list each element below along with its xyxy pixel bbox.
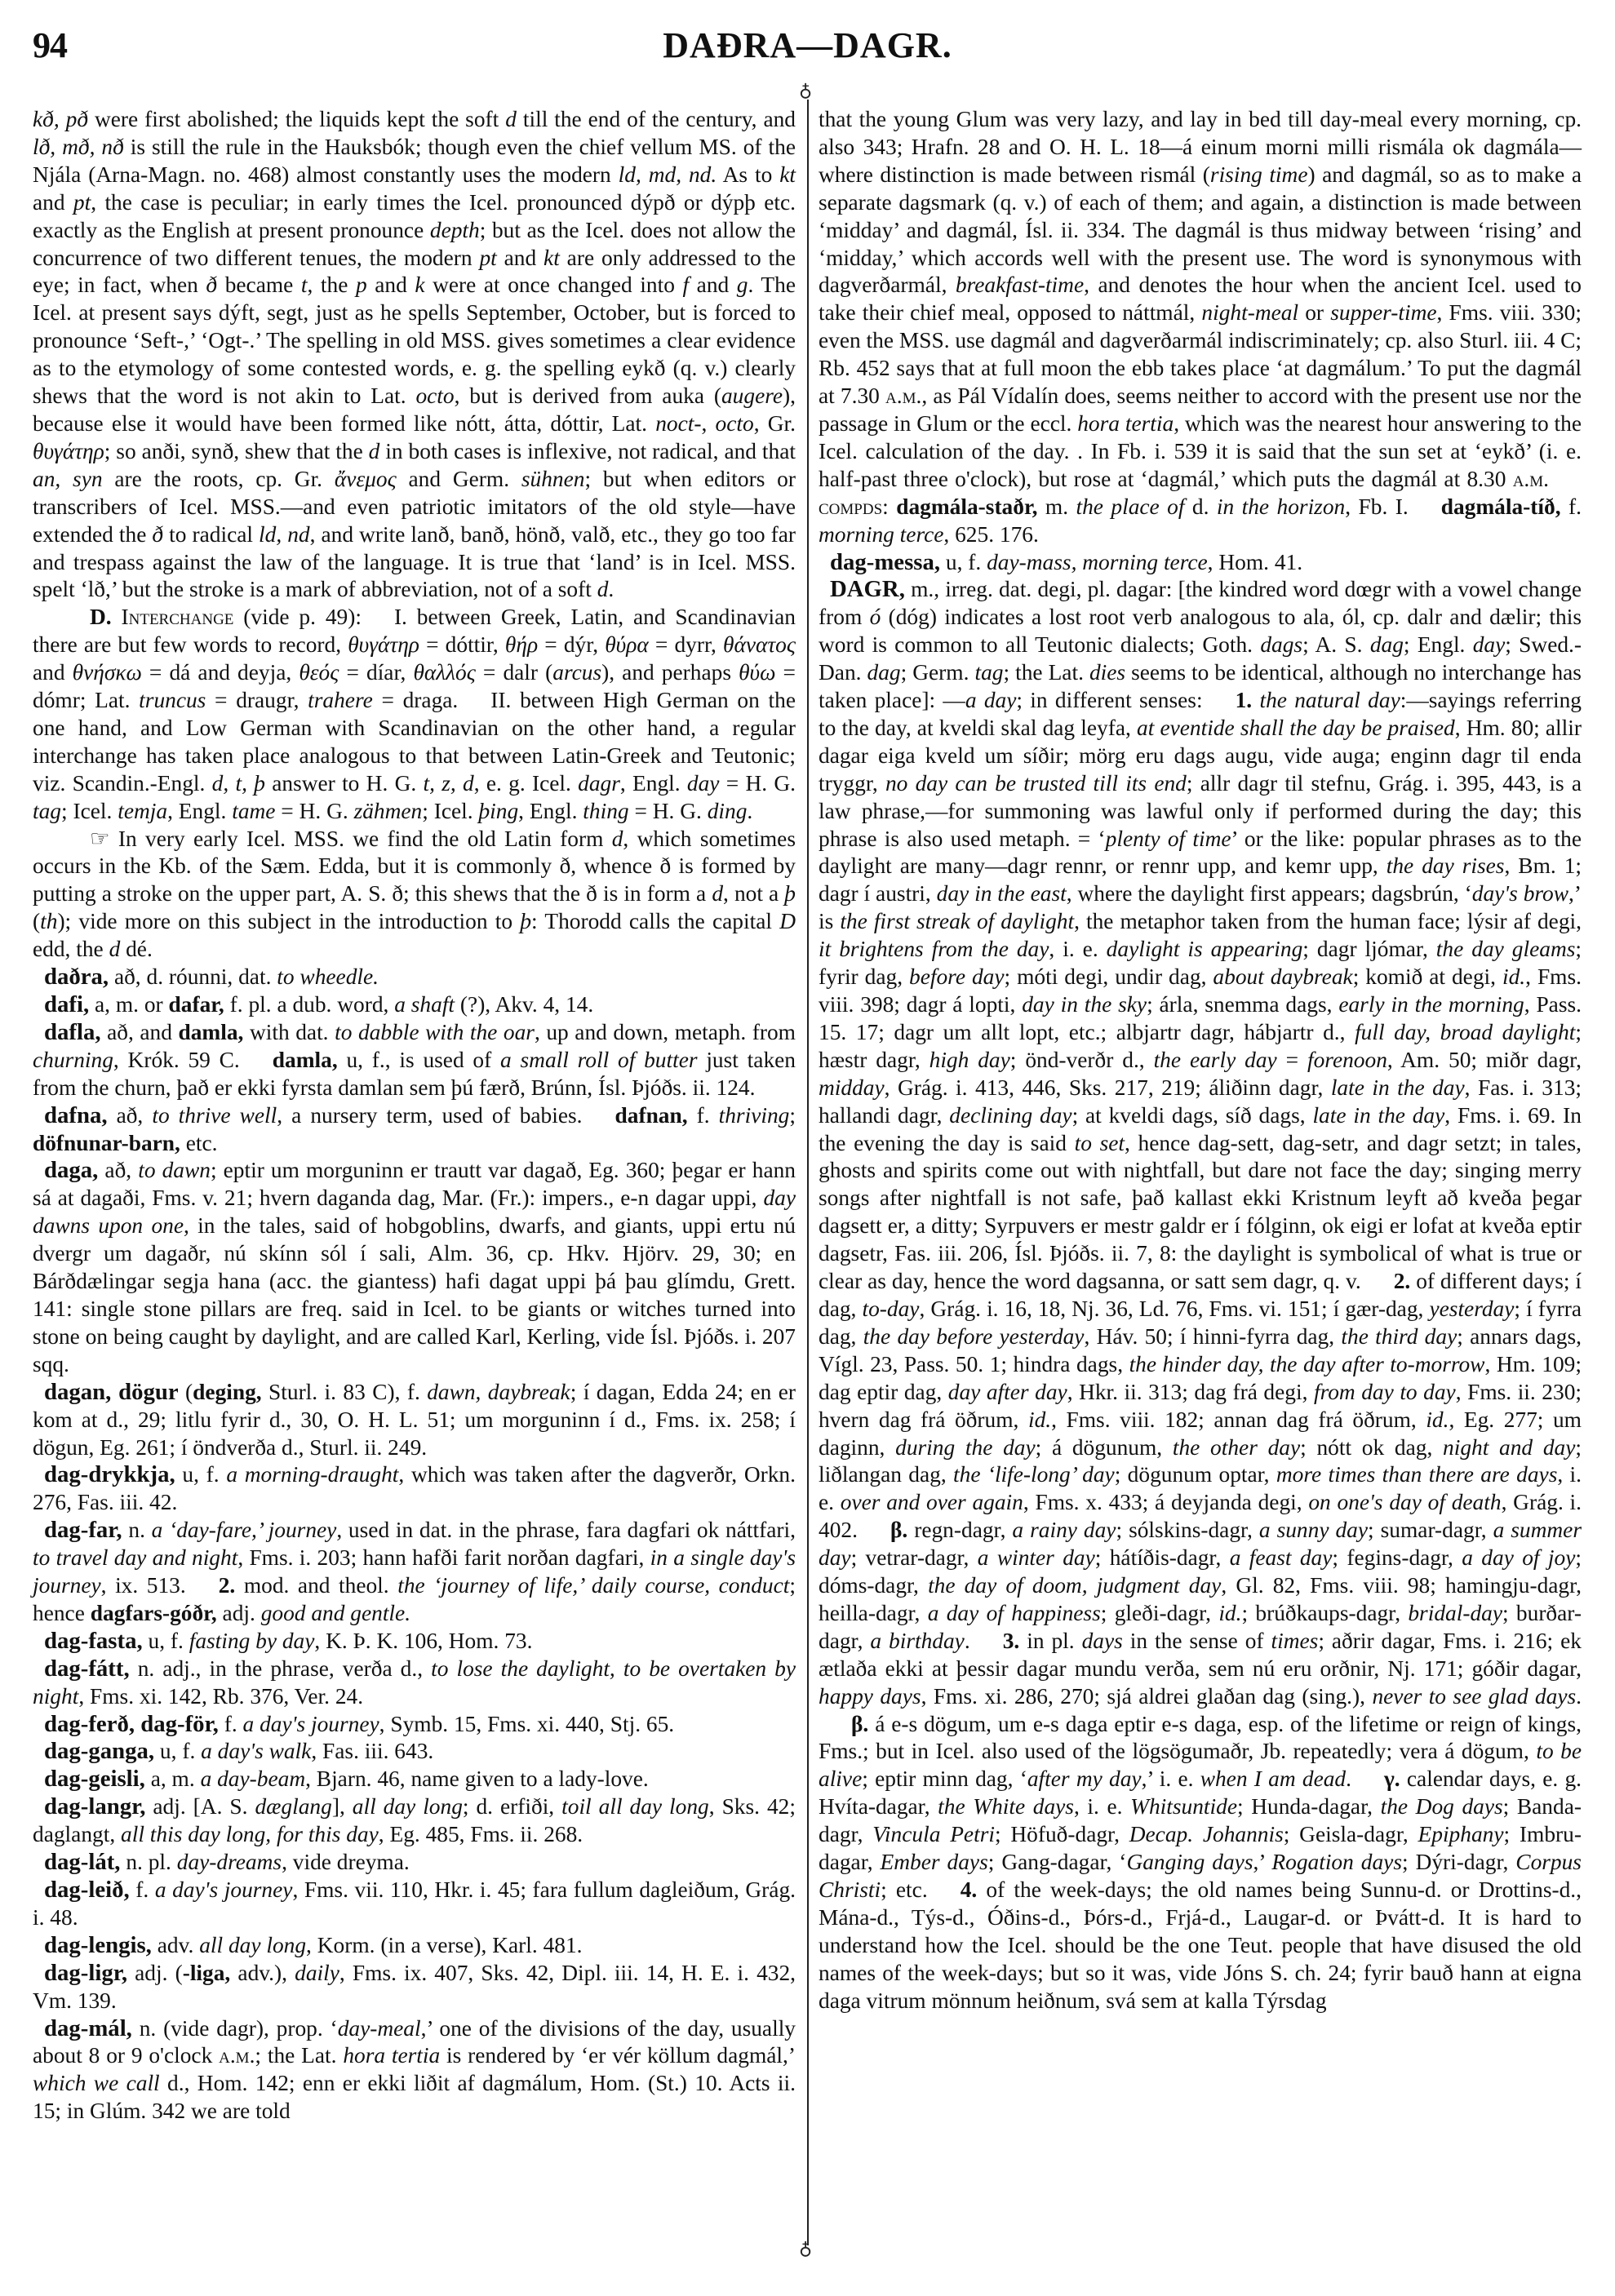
text-run: a.m. — [885, 383, 921, 408]
text-run: θύρα — [605, 632, 649, 657]
text-run: ; nótt ok dag, — [1300, 1435, 1443, 1460]
text-run: yesterday — [1429, 1296, 1514, 1321]
text-run: the Dog days — [1381, 1794, 1503, 1819]
text-run: = dá and deyja, — [142, 660, 299, 685]
text-run: day — [1473, 632, 1506, 657]
dictionary-entry: dafna, að, to thrive well, a nursery ter… — [33, 1102, 796, 1158]
dictionary-entry: dag-ganga, u, f. a day's walk, Fas. iii.… — [33, 1738, 796, 1766]
text-run: all day long — [353, 1794, 463, 1819]
text-run: noct- — [655, 411, 701, 436]
left-column: kð, pð were first abolished; the liquids… — [33, 106, 796, 2125]
text-run: θυγάτηρ — [348, 632, 419, 657]
text-run: ; the Lat. — [1003, 660, 1089, 685]
text-run: 2. — [1394, 1269, 1411, 1293]
text-run: no day can be trusted till its end — [885, 771, 1187, 796]
text-run: kt — [779, 162, 796, 187]
text-run: f — [682, 273, 689, 297]
text-run: ; Höfuð-dagr, — [995, 1822, 1129, 1846]
text-run: 2. — [219, 1573, 236, 1598]
text-run: (vide p. 49): — [233, 605, 362, 629]
text-run: a rainy day — [1012, 1518, 1116, 1542]
text-run: the third day — [1341, 1324, 1457, 1349]
text-run: d — [597, 577, 609, 601]
dictionary-entry: dag-lát, n. pl. day-dreams, vide dreyma. — [33, 1849, 796, 1877]
text-run: Interchange — [122, 605, 234, 629]
text-run: bridal-day — [1408, 1601, 1502, 1625]
text-run: . — [747, 799, 752, 823]
text-run: the other day — [1173, 1435, 1300, 1460]
text-run: , Fas. iii. 643. — [311, 1739, 433, 1763]
dictionary-entry: dag-ligr, adj. (-liga, adv.), daily, Fms… — [33, 1960, 796, 2015]
text-run: d — [369, 439, 380, 463]
text-run: Epiphany — [1418, 1822, 1504, 1846]
text-run: a sunny day — [1259, 1518, 1368, 1542]
text-run: ; in different senses: — [1016, 688, 1202, 712]
headword: dag-lát, — [44, 1849, 121, 1875]
text-run: f. — [1561, 494, 1582, 519]
text-run: a winter day — [978, 1545, 1095, 1570]
text-run: the ‘life-long’ day — [953, 1462, 1115, 1487]
text-run: and — [33, 660, 73, 685]
text-run: daily — [295, 1961, 339, 1985]
running-head: DAÐRA—DAGR. — [0, 24, 1615, 66]
text-run: hora tertia — [343, 2043, 440, 2068]
text-run: the day gleams — [1436, 937, 1576, 961]
text-run: mod. and theol. — [235, 1573, 397, 1598]
headword: dag-leið, — [44, 1877, 130, 1903]
text-run: As to — [717, 162, 779, 187]
text-run: edd, the — [33, 937, 109, 961]
text-run: ð — [206, 273, 217, 297]
text-run: D — [779, 909, 796, 933]
text-run: ), and perhaps — [601, 660, 739, 685]
text-run: , i. e. — [1049, 937, 1106, 961]
text-run: augere — [721, 383, 783, 408]
text-run: , Hkr. ii. 313; dag frá degi, — [1067, 1380, 1314, 1404]
text-run: it brightens from the day — [819, 937, 1049, 961]
text-run: k — [415, 273, 424, 297]
text-run: , Fms. viii. 182; annan dag frá öðrum, — [1051, 1407, 1426, 1432]
text-run: a, m. — [145, 1766, 201, 1791]
text-run: ; dagr ljómar, — [1302, 937, 1436, 961]
text-run: . — [1576, 1684, 1582, 1709]
text-run: ; dögunum optar, — [1115, 1462, 1276, 1487]
text-run: a, m. or — [89, 992, 168, 1017]
text-run: ,’ i. e. — [1142, 1766, 1200, 1791]
headword: dag-mál, — [44, 2015, 132, 2041]
text-run: ; Germ. — [901, 660, 975, 685]
text-run: ; A. S. — [1302, 632, 1370, 657]
text-run: ld, md, nd. — [619, 162, 717, 187]
text-run: which we call — [33, 2071, 160, 2095]
text-run: dags — [1260, 632, 1302, 657]
text-run: f. — [219, 1712, 243, 1736]
text-run: to wheedle. — [277, 964, 379, 989]
text-run: toil all day long — [561, 1794, 709, 1819]
text-run: u, f. — [175, 1462, 227, 1487]
text-run: to radical — [163, 522, 259, 547]
headword: dafna, — [44, 1102, 108, 1128]
text-run: ☞ In very early Icel. MSS. we find the o… — [90, 827, 612, 851]
headword: dag-ganga, — [44, 1738, 154, 1764]
text-run: dagfars-góðr, — [91, 1601, 217, 1625]
text-run: an, syn — [33, 467, 103, 491]
text-run: on one's day of death — [1308, 1490, 1501, 1514]
text-run: , Fms. xi. 142, Rb. 376, Ver. 24. — [78, 1684, 363, 1709]
text-run: the early day — [1154, 1048, 1277, 1072]
text-run: dafnan, — [615, 1103, 688, 1128]
text-run: day-dreams — [177, 1850, 282, 1874]
text-run: zähmen — [354, 799, 423, 823]
text-run: and — [367, 273, 415, 297]
text-run: day-mass, morning terce — [987, 550, 1208, 574]
text-run: -liga, — [183, 1961, 231, 1985]
text-run: γ. — [1384, 1766, 1400, 1791]
text-run: þ — [520, 909, 531, 933]
text-run: dag — [867, 660, 901, 685]
text-run: to travel day and night — [33, 1545, 237, 1570]
text-run: day after day — [948, 1380, 1067, 1404]
text-run: day in the sky — [1022, 992, 1147, 1017]
text-run: kð, pð — [33, 107, 88, 131]
text-run: daylight is appearing — [1107, 937, 1303, 961]
text-run: , K. Þ. K. 106, Hom. 73. — [314, 1629, 532, 1653]
text-run: ; árla, snemma dags, — [1147, 992, 1338, 1017]
dictionary-entry: daðra, að, d. róunni, dat. to wheedle. — [33, 964, 796, 991]
text-run: . — [608, 577, 614, 601]
text-run: a small roll of butter — [500, 1048, 697, 1072]
text-run: is rendered by ‘er vér köllum dagmál,’ — [440, 2043, 796, 2068]
text-run: the natural day — [1259, 688, 1400, 712]
text-run: dæglang — [255, 1794, 331, 1819]
text-run: a day's journey — [155, 1877, 293, 1902]
text-run: a day of happiness — [928, 1601, 1101, 1625]
text-run: the White days — [938, 1794, 1074, 1819]
text-run: ἄνεμος — [335, 467, 397, 491]
text-run: when I am dead — [1200, 1766, 1346, 1791]
text-run: ; önd-verðr d., — [1010, 1048, 1154, 1072]
text-run: , where the daylight first appears; dags… — [1067, 881, 1472, 906]
text-run: from day to day — [1314, 1380, 1456, 1404]
text-run: to thrive well — [152, 1103, 277, 1128]
text-run: Ganging days — [1126, 1850, 1253, 1874]
text-run: ( — [33, 909, 40, 933]
text-run: of the week-days; the old names being Su… — [819, 1877, 1582, 2013]
text-run: ; Engl. — [1404, 632, 1473, 657]
text-run: ; so anði, synð, shew that the — [104, 439, 369, 463]
text-run: midday — [819, 1075, 885, 1100]
text-run: 3. — [1003, 1629, 1020, 1653]
text-run: θαλλός — [413, 660, 475, 685]
text-run: , a nursery term, used of babies. — [277, 1103, 582, 1128]
text-run: að, — [108, 1103, 153, 1128]
text-run: = H. G. — [275, 799, 353, 823]
text-run: a day — [965, 688, 1017, 712]
text-run: and Germ. — [397, 467, 521, 491]
text-run: tag — [33, 799, 61, 823]
text-run: were at once changed into — [425, 273, 683, 297]
text-run: , Krók. 59 C. — [113, 1048, 240, 1072]
text-run: ; brúðkaups-dagr, — [1241, 1601, 1408, 1625]
text-run: , Bjarn. 46, name given to a lady-love. — [305, 1766, 649, 1791]
text-run: night and day — [1443, 1435, 1575, 1460]
text-run: etc. — [180, 1131, 218, 1155]
text-run: day in the east — [937, 881, 1067, 906]
text-run: never to see glad days — [1372, 1684, 1576, 1709]
text-run: á e-s dögum, um e-s daga eptir e-s daga,… — [819, 1712, 1582, 1764]
text-run: n. (vide dagr), prop. ‘ — [132, 2016, 338, 2041]
text-run: m. — [1037, 494, 1076, 519]
text-run: day's brow — [1472, 881, 1568, 906]
text-run: octo — [415, 383, 454, 408]
text-run: damla, — [178, 1020, 243, 1044]
text-run: adv. — [152, 1933, 199, 1957]
text-run: θύω — [739, 660, 775, 685]
text-run: plenty of time — [1106, 827, 1231, 851]
text-run: adj. ( — [127, 1961, 183, 1985]
dictionary-entry: dafla, að, and damla, with dat. to dabbl… — [33, 1019, 796, 1102]
text-run: , Gr. — [754, 411, 796, 436]
text-run: = H. G. — [629, 799, 708, 823]
column-divider — [807, 100, 809, 2245]
text-run: adv.), — [230, 1961, 295, 1985]
text-run: , 625. 176. — [943, 522, 1038, 547]
text-run: a.m. — [1513, 467, 1549, 491]
text-run: döfnunar-barn, — [33, 1131, 180, 1155]
text-run: : — [882, 494, 896, 519]
text-run: regn-dagr, — [907, 1518, 1012, 1542]
text-run: , up and down, metaph. from — [535, 1020, 796, 1044]
text-run: Decap. Johannis — [1129, 1822, 1284, 1846]
text-run: 4. — [961, 1877, 978, 1902]
text-run: the ‘journey of life,’ daily course, con… — [397, 1573, 789, 1598]
text-run: after my day — [1027, 1766, 1142, 1791]
text-run: að, and — [101, 1020, 179, 1044]
text-run: u, f. — [154, 1739, 201, 1763]
text-run: all day long — [199, 1933, 306, 1957]
headword: dag-drykkja, — [44, 1461, 175, 1487]
text-run: = — [1277, 1048, 1307, 1072]
text-run: ld, nd — [259, 522, 310, 547]
text-run: pt — [73, 190, 91, 215]
text-run: , Eg. 485, Fms. ii. 268. — [379, 1822, 583, 1846]
text-run: deging, — [193, 1380, 261, 1404]
text-run: became — [217, 273, 301, 297]
paragraph: D. Interchange (vide p. 49):I. between G… — [33, 604, 796, 825]
text-run: a day of joy — [1462, 1545, 1575, 1570]
text-run: rising time — [1210, 162, 1308, 187]
text-run: morning terce — [819, 522, 943, 547]
text-run: 1. — [1236, 688, 1253, 712]
text-run: ; á dögunum, — [1036, 1435, 1173, 1460]
text-run: , used in dat. in the phrase, fara dagfa… — [336, 1518, 796, 1542]
text-run: θήρ — [505, 632, 538, 657]
text-run: , not a — [723, 881, 784, 906]
text-run: arcus — [552, 660, 601, 685]
headword: dafi, — [44, 991, 89, 1017]
text-run: , Engl. — [620, 771, 687, 796]
text-run: happy days — [819, 1684, 921, 1709]
text-run: a day's walk — [201, 1739, 311, 1763]
text-run: , ix. 513. — [101, 1573, 186, 1598]
text-run: late in the day — [1331, 1075, 1465, 1100]
text-run: d — [505, 107, 517, 131]
text-run: depth — [430, 218, 480, 242]
headword: dag-geisli, — [44, 1766, 145, 1792]
headword: dag-langr, — [44, 1793, 145, 1820]
text-run: tame — [232, 799, 275, 823]
text-run: g — [737, 273, 748, 297]
text-run: ; Geisla-dagr, — [1284, 1822, 1418, 1846]
text-run: churning — [33, 1048, 113, 1072]
text-run: id. — [1028, 1407, 1051, 1432]
text-run: d. — [1184, 494, 1216, 519]
text-run: ; hátíðis-dagr, — [1095, 1545, 1230, 1570]
text-run: , Fms. x. 433; á deyjanda degi, — [1023, 1490, 1308, 1514]
text-run: = díar, — [339, 660, 413, 685]
text-run: to-day — [862, 1296, 919, 1321]
text-run: thing — [583, 799, 628, 823]
text-run: during the day — [895, 1435, 1036, 1460]
text-run: declining day — [949, 1103, 1071, 1128]
text-run: a day's journey — [243, 1712, 379, 1736]
text-run: . — [1346, 1766, 1351, 1791]
text-run: in pl. — [1019, 1629, 1081, 1653]
text-run: and — [33, 190, 73, 215]
text-run: , Grág. i. 16, 18, Nj. 36, Ld. 76, Fms. … — [919, 1296, 1429, 1321]
text-run: a ‘day-fare,’ journey — [152, 1518, 337, 1542]
text-run: n. pl. — [121, 1850, 177, 1874]
text-run: ); vide more on this subject in the intr… — [57, 909, 520, 933]
text-run: , i. e. — [1074, 1794, 1130, 1819]
text-run: ; etc. — [881, 1877, 928, 1902]
text-run: ; Icel. — [61, 799, 118, 823]
text-run: dagr — [578, 771, 620, 796]
text-run: t — [301, 273, 308, 297]
text-run: full day, broad daylight — [1355, 1020, 1575, 1044]
text-run: tag — [974, 660, 1003, 685]
text-run: the hinder day, the day after to-morrow — [1129, 1352, 1485, 1376]
dictionary-entry: dag-fátt, n. adj., in the phrase, verða … — [33, 1656, 796, 1711]
text-run: Vincula Petri — [872, 1822, 995, 1846]
dictionary-entry: DAGR, m., irreg. dat. degi, pl. dagar: [… — [819, 576, 1582, 2015]
headword: DAGR, — [830, 576, 905, 602]
text-run: f. — [130, 1877, 155, 1902]
dictionary-entry: dafi, a, m. or dafar, f. pl. a dub. word… — [33, 991, 796, 1019]
text-run: ; gleði-dagr, — [1101, 1601, 1219, 1625]
text-run: , — [701, 411, 715, 436]
headword: daðra, — [44, 964, 109, 990]
text-run: a.m. — [219, 2043, 255, 2068]
text-run: , vide dreyma. — [282, 1850, 410, 1874]
headword: dag-messa, — [830, 549, 940, 575]
text-run: id. — [1426, 1407, 1449, 1432]
text-run: að, — [98, 1158, 138, 1182]
column-rule-ornament-top-icon: ♁ — [799, 82, 812, 100]
text-run: in the sense of — [1123, 1629, 1271, 1653]
headword: daga, — [44, 1157, 98, 1183]
text-run: or — [1298, 300, 1330, 325]
text-run: day-meal — [338, 2016, 421, 2041]
text-run: till the end of the century, and — [517, 107, 796, 131]
text-run: ; at kveldi dags, síð dags, — [1072, 1103, 1313, 1128]
text-run: to dabble with the oar — [335, 1020, 535, 1044]
text-run: more times than there are days — [1276, 1462, 1557, 1487]
text-run: sühnen — [521, 467, 585, 491]
text-run: , Symb. 15, Fms. xi. 440, Stj. 65. — [379, 1712, 674, 1736]
text-run: = draugr, — [206, 688, 308, 712]
dictionary-entry: dag-langr, adj. [A. S. dæglang], all day… — [33, 1793, 796, 1849]
text-run: t, z, d — [423, 771, 473, 796]
text-run: , Fms. i. 203; hann hafði farit norðan d… — [237, 1545, 650, 1570]
text-run: θάνατος — [723, 632, 796, 657]
text-run: ; — [789, 1103, 796, 1128]
text-run: dag — [1370, 632, 1404, 657]
text-run: adj. [A. S. — [145, 1794, 255, 1819]
text-run: Rogation days — [1271, 1850, 1402, 1874]
text-run: ; Icel. — [422, 799, 478, 823]
headword: dag-fátt, — [44, 1656, 130, 1682]
text-run: id. — [1218, 1601, 1241, 1625]
dictionary-entry: dag-fasta, u, f. fasting by day, K. Þ. K… — [33, 1628, 796, 1656]
text-run: are the roots, cp. Gr. — [103, 467, 335, 491]
text-run: : Thorodd calls the capital — [531, 909, 779, 933]
text-run: . — [965, 1629, 970, 1653]
text-run: a morning-draught — [226, 1462, 398, 1487]
dictionary-entry: dag-drykkja, u, f. a morning-draught, wh… — [33, 1461, 796, 1517]
text-run: ; Hunda-dagar, — [1237, 1794, 1381, 1819]
text-run: in both cases is inflexive, not radical,… — [379, 439, 796, 463]
headword: dag-ferð, dag-för, — [44, 1711, 219, 1737]
text-run: ; sólskins-dagr, — [1116, 1518, 1258, 1542]
text-run: n. — [122, 1518, 152, 1542]
text-run: , the metaphor taken from the human face… — [1074, 909, 1582, 933]
text-run: dies — [1089, 660, 1125, 685]
text-run: β. — [851, 1712, 868, 1736]
text-run: about daybreak — [1213, 964, 1352, 989]
text-run: forenoon — [1307, 1048, 1387, 1072]
text-run: Whitsuntide — [1130, 1794, 1237, 1819]
text-run: þ — [784, 881, 796, 906]
text-run: times — [1271, 1629, 1318, 1653]
text-run: , Fms. xi. 286, 270; sjá aldrei glaðan d… — [921, 1684, 1373, 1709]
text-run: in the horizon — [1217, 494, 1345, 519]
text-run: fasting by day — [189, 1629, 315, 1653]
text-run: ; the Lat. — [255, 2043, 343, 2068]
text-run: d — [109, 937, 121, 961]
dictionary-entry: dag-far, n. a ‘day-fare,’ journey, used … — [33, 1517, 796, 1628]
text-run: days — [1082, 1629, 1123, 1653]
text-run: ; móti degi, undir dag, — [1005, 964, 1213, 989]
text-run: thriving — [719, 1103, 790, 1128]
text-run: before day — [909, 964, 1004, 989]
text-run: d, t, þ — [212, 771, 265, 796]
text-run: adj. — [217, 1601, 261, 1625]
text-run: u, f. — [143, 1629, 189, 1653]
text-run: damla, — [273, 1048, 338, 1072]
text-run: = H. G. — [719, 771, 796, 796]
text-run: , Engl. — [167, 799, 232, 823]
text-run: at eventide shall the day be praised — [1137, 716, 1455, 740]
text-run: early in the morning — [1338, 992, 1524, 1017]
text-run: f. — [688, 1103, 719, 1128]
text-run: dafar, — [169, 992, 224, 1017]
text-run: Ember days — [881, 1850, 988, 1874]
text-run: , Engl. — [518, 799, 583, 823]
paragraph: kð, pð were first abolished; the liquids… — [33, 106, 796, 604]
text-run: a feast day — [1230, 1545, 1333, 1570]
text-run: a day-beam — [201, 1766, 306, 1791]
